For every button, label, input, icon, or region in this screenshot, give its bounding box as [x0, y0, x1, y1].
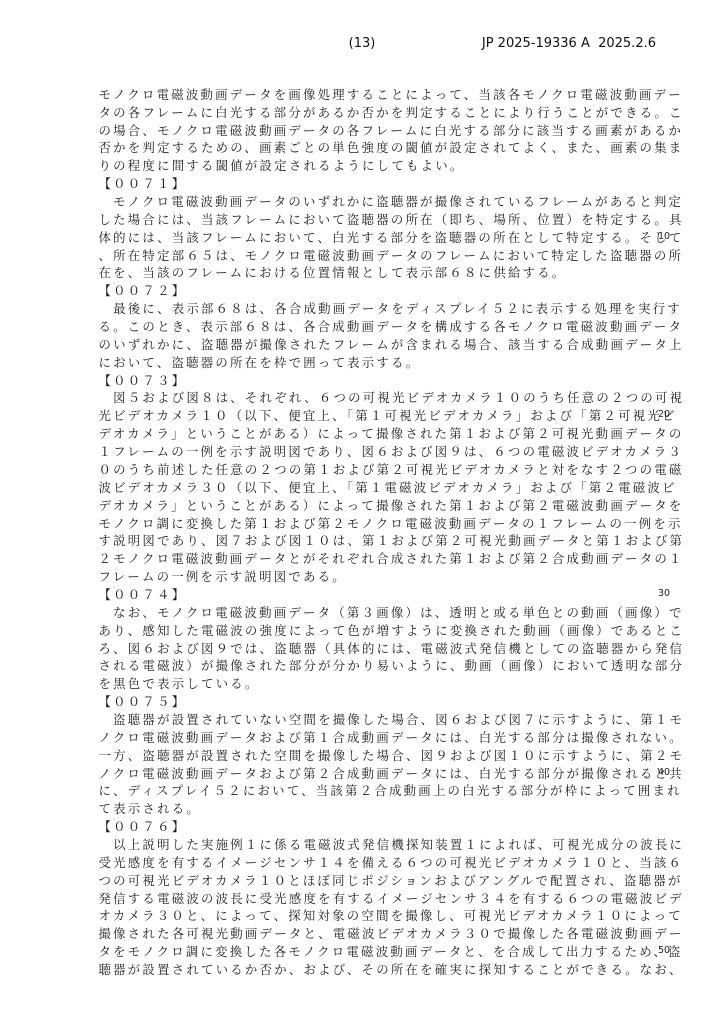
text-line: ０のうち前述した任意の２つの第１および第２可視光ビデオカメラと対をなす２つの電磁 — [68, 442, 688, 460]
text-line: 【００７５】 — [68, 674, 688, 692]
text-line: １フレームの一例を示す説明図であり、図６および図９は、６つの電磁波ビデオカメラ３ — [68, 424, 688, 442]
text-line: 受光感度を有するイメージセンサ１４を備える６つの可視光ビデオカメラ１０と、当該６ — [68, 835, 688, 853]
text-line: 否かを判定するための、画素ごとの単色強度の閾値が設定されてよく、また、画素の集ま — [68, 121, 688, 139]
text-line: オカメラ３０と、によって、探知対象の空間を撮像し、可視光ビデオカメラ１０によって — [68, 889, 688, 907]
text-line: において、盗聴器の所在を枠で囲って表示する。 — [68, 335, 688, 353]
text-line: つの可視光ビデオカメラ１０とほぼ同じポジションおよびアングルで配置され、盗聴器が — [68, 853, 688, 871]
text-line: る。このとき、表示部６８は、各合成動画データを構成する各モノクロ電磁波動画データ — [68, 299, 688, 317]
text-line: 【００７４】 — [68, 567, 688, 585]
text-line: ノクロ電磁波動画データおよび第１合成動画データには、白光する部分は撮像されない。 — [68, 710, 688, 728]
text-line: 【００７３】 — [68, 353, 688, 371]
text-line: て表示される。 — [68, 781, 688, 799]
line-text: 聴器が設置されているか否か、および、その所在を確実に探知することができる。なお、 — [99, 962, 684, 977]
text-line: モノクロ電磁波動画データのいずれかに盗聴器が撮像されているフレームがあると判定 — [68, 174, 688, 192]
publication-reference: JP 2025-19336 A 2025.2.6 — [482, 36, 656, 51]
text-line: タをモノクロ調に変換した各モノクロ電磁波動画データと、を合成して出力するため、盗 — [68, 924, 688, 942]
text-line: 撮像された各可視光動画データと、電磁波ビデオカメラ３０で撮像した各電磁波動画デー — [68, 906, 688, 924]
text-line: 【００７１】 — [68, 156, 688, 174]
text-line: ろ、図６および図９では、盗聴器（具体的には、電磁波式発信機としての盗聴器から発信 — [68, 621, 688, 639]
text-line: 図５および図８は、それぞれ、６つの可視光ビデオカメラ１０のうち任意の２つの可視 — [68, 371, 688, 389]
text-line: 盗聴器が設置されていない空間を撮像した場合、図６および図７に示すように、第１モ — [68, 692, 688, 710]
text-line: に、ディスプレイ５２において、当該第２合成動画上の白光する部分が枠によって囲まれ… — [68, 764, 688, 782]
text-line: した場合には、当該フレームにおいて盗聴器の所在（即ち、場所、位置）を特定する。具 — [68, 192, 688, 210]
line-number-label: 50 — [658, 942, 670, 960]
text-line: なお、モノクロ電磁波動画データ（第３画像）は、透明と或る単色との動画（画像）で … — [68, 585, 688, 603]
text-line: モノクロ調に変換した第１および第２モノクロ電磁波動画データの１フレームの一例を示 — [68, 496, 688, 514]
text-line: 【００７６】 — [68, 799, 688, 817]
text-line: 波ビデオカメラ３０（以下、便宜上、「第１電磁波ビデオカメラ」および「第２電磁波ビ — [68, 460, 688, 478]
text-line: モノクロ電磁波動画データを画像処理することによって、当該各モノクロ電磁波動画デー — [68, 67, 688, 85]
text-line: 発信する電磁波の波長に受光感度を有するイメージセンサ３４を有する６つの電磁波ビデ — [68, 871, 688, 889]
text-line: 【００７２】 — [68, 263, 688, 281]
text-line: 最後に、表示部６８は、各合成動画データをディスプレイ５２に表示する処理を実行す — [68, 281, 688, 299]
text-line: デオカメラ」ということがある）によって撮像された第１および第２電磁波動画データを — [68, 478, 688, 496]
line-number-label: 40 — [658, 764, 670, 782]
text-line: フレームの一例を示す説明図である。 — [68, 549, 688, 567]
document-body: モノクロ電磁波動画データを画像処理することによって、当該各モノクロ電磁波動画デー… — [68, 67, 688, 960]
line-number-label: 20 — [658, 406, 670, 424]
text-line: 在を、当該のフレームにおける位置情報として表示部６８に供給する。 — [68, 246, 688, 264]
text-line: 体的には、当該フレームにおいて、白光する部分を盗聴器の所在として特定する。そして — [68, 210, 688, 228]
text-line: される電磁波）が撮像された部分が分かり易いように、動画（画像）において透明な部分 — [68, 639, 688, 657]
text-line: を黒色で表示している。 — [68, 656, 688, 674]
text-line: タの各フレームに白光する部分があるか否かを判定することにより行うことができる。こ — [68, 85, 688, 103]
text-line: の場合、モノクロ電磁波動画データの各フレームに白光する部分に該当する画素があるか — [68, 103, 688, 121]
text-line: 以上説明した実施例１に係る電磁波式発信機探知装置１によれば、可視光成分の波長に — [68, 817, 688, 835]
text-line: ノクロ電磁波動画データおよび第２合成動画データには、白光する部分が撮像されると共 — [68, 746, 688, 764]
page-header: (13) JP 2025-19336 A 2025.2.6 — [0, 36, 724, 54]
patent-page: (13) JP 2025-19336 A 2025.2.6 モノクロ電磁波動画デ… — [0, 0, 724, 1024]
text-line: 聴器が設置されているか否か、および、その所在を確実に探知することができる。なお、… — [68, 942, 688, 960]
text-line: す説明図であり、図７および図１０は、第１および第２可視光動画データと第１および第 — [68, 513, 688, 531]
text-line: のいずれかに、盗聴器が撮像されたフレームが含まれる場合、該当する合成動画データ上 — [68, 317, 688, 335]
text-line: りの程度に間する閾値が設定されるようにしてもよい。 — [68, 138, 688, 156]
text-line: ２モノクロ電磁波動画データとがそれぞれ合成された第１および第２合成動画データの１ — [68, 531, 688, 549]
text-line: あり、感知した電磁波の強度によって色が増すように変換された動画（画像）であるとこ — [68, 603, 688, 621]
text-line: デオカメラ」ということがある）によって撮像された第１および第２可視光動画データの… — [68, 406, 688, 424]
line-number-label: 10 — [658, 228, 670, 246]
text-line: 一方、盗聴器が設置された空間を撮像した場合、図９および図１０に示すように、第２モ — [68, 728, 688, 746]
text-line: 光ビデオカメラ１０（以下、便宜上、「第１可視光ビデオカメラ」および「第２可視光ビ — [68, 388, 688, 406]
text-line: 、所在特定部６５は、モノクロ電磁波動画データのフレームにおいて特定した盗聴器の所… — [68, 228, 688, 246]
line-number-label: 30 — [658, 585, 670, 603]
